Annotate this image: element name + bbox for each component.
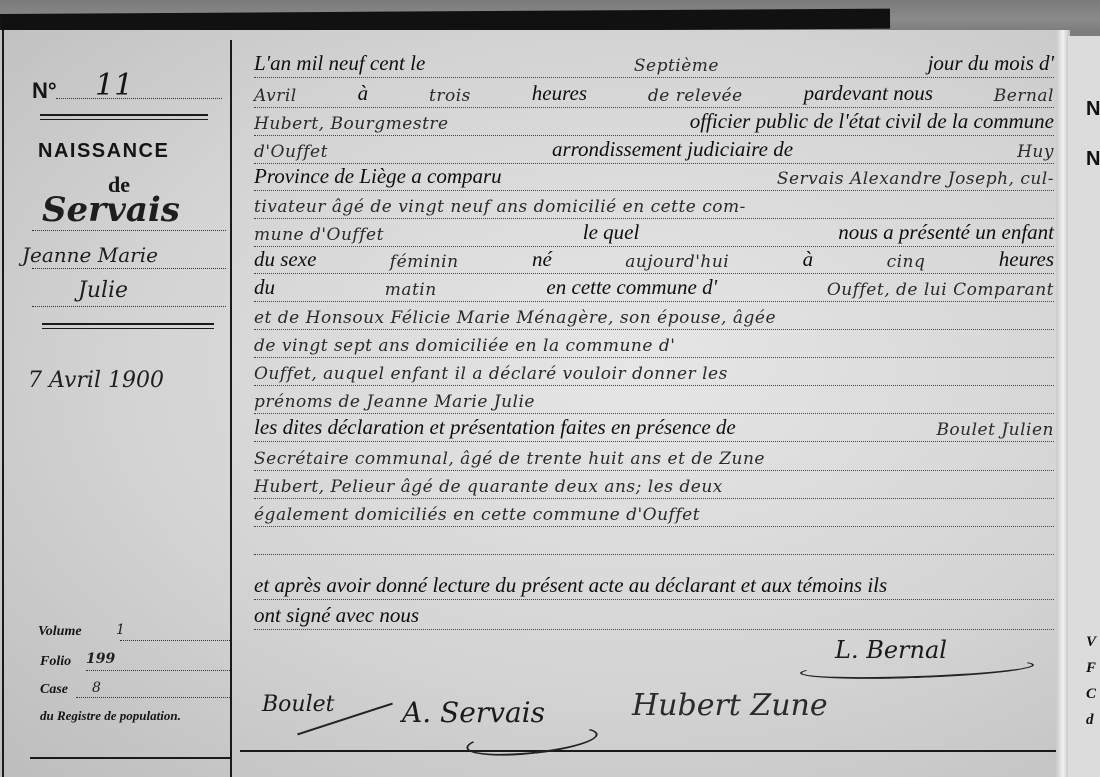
handwritten-text: Avril — [254, 86, 297, 106]
certificate-line: et après avoir donné lecture du présent … — [254, 572, 1054, 602]
handwritten-text: Septième — [634, 56, 719, 76]
printed-text: à — [803, 247, 814, 272]
handwritten-text: féminin — [390, 252, 459, 272]
printed-text: heures — [999, 247, 1054, 272]
margin-double-rule — [40, 114, 208, 120]
line-dotted-rule — [254, 77, 1054, 78]
child-given-names-2: Julie — [78, 278, 128, 303]
surname-dotline — [32, 230, 226, 231]
handwritten-text: Hubert, Bourgmestre — [254, 114, 449, 134]
printed-text: ont signé avec nous — [254, 603, 419, 628]
given-names-dotline-2 — [32, 306, 226, 307]
entry-number-label: N° — [32, 78, 57, 104]
certificate-line: prénoms de Jeanne Marie Julie — [254, 386, 1054, 416]
signature-declarant-servais: A. Servais — [402, 696, 545, 729]
next-page-fragment: F — [1086, 660, 1096, 677]
line-dotted-rule — [254, 441, 1054, 442]
body-bottom-rule — [240, 750, 1056, 752]
printed-text: jour du mois d' — [928, 51, 1054, 76]
signature-witness-hubert-zune: Hubert Zune — [632, 688, 828, 723]
handwritten-text: Huy — [1017, 142, 1054, 162]
certificate-line: de vingt sept ans domiciliée en la commu… — [254, 330, 1054, 360]
next-page-fragment: V — [1086, 634, 1096, 651]
signature-witness-boulet: Boulet — [262, 692, 334, 717]
line-dotted-rule — [254, 599, 1054, 600]
child-surname: Servais — [42, 190, 180, 230]
handwritten-text: Secrétaire communal, âgé de trente huit … — [254, 449, 765, 469]
next-page-fragment: C — [1086, 686, 1096, 703]
printed-text: L'an mil neuf cent le — [254, 51, 425, 76]
handwritten-text: tivateur âgé de vingt neuf ans domicilié… — [254, 197, 746, 217]
printed-text: les dites déclaration et présentation fa… — [254, 415, 736, 440]
handwritten-text: Hubert, Pelieur âgé de quarante deux ans… — [254, 477, 723, 497]
certificate-line: d'Ouffetarrondissement judiciaire deHuy — [254, 136, 1054, 166]
printed-text: Province de Liège a comparu — [254, 164, 502, 189]
entry-number-dotline — [56, 98, 222, 99]
printed-text: du sexe — [254, 247, 316, 272]
birth-date: 7 Avril 1900 — [28, 368, 164, 393]
handwritten-text: Ouffet, de lui Comparant — [827, 280, 1054, 300]
margin-bottom-rule — [30, 757, 230, 759]
certificate-line: Province de Liège a comparuServais Alexa… — [254, 163, 1054, 193]
certificate-line: dumatinen cette commune d'Ouffet, de lui… — [254, 274, 1054, 304]
folio-value: 199 — [86, 651, 115, 667]
handwritten-text: Servais Alexandre Joseph, cul- — [777, 169, 1054, 189]
printed-text: officier public de l'état civil de la co… — [690, 109, 1054, 134]
certificate-line — [254, 527, 1054, 557]
case-dotline — [76, 697, 230, 698]
certificate-line: Ouffet, auquel enfant il a déclaré voulo… — [254, 358, 1054, 388]
line-dotted-rule — [254, 629, 1054, 630]
volume-dotline — [120, 640, 230, 641]
next-page-edge: N N V F C d — [1068, 36, 1100, 777]
naissance-heading: NAISSANCE — [38, 140, 169, 163]
handwritten-text: de vingt sept ans domiciliée en la commu… — [254, 336, 675, 356]
margin-double-rule-2 — [42, 323, 214, 329]
handwritten-text: Ouffet, auquel enfant il a déclaré voulo… — [254, 364, 728, 384]
certificate-line: du sexefémininnéaujourd'huiàcinqheures — [254, 246, 1054, 276]
printed-text: arrondissement judiciaire de — [552, 137, 793, 162]
printed-text: en cette commune d' — [546, 275, 717, 300]
handwritten-text: d'Ouffet — [254, 142, 328, 162]
line-dotted-rule — [254, 554, 1054, 555]
folio-dotline — [86, 670, 230, 671]
certificate-line: ont signé avec nous — [254, 602, 1054, 632]
printed-text: nous a présenté un enfant — [838, 220, 1054, 245]
handwritten-text: cinq — [887, 252, 926, 272]
volume-label: Volume — [38, 624, 82, 640]
certificate-line: mune d'Ouffetle quelnous a présenté un e… — [254, 219, 1054, 249]
handwritten-text: aujourd'hui — [625, 252, 729, 272]
margin-rule — [230, 40, 232, 777]
certificate-line: également domiciliés en cette commune d'… — [254, 499, 1054, 529]
certificate-line: Hubert, Bourgmestreofficier public de l'… — [254, 108, 1054, 138]
handwritten-text: également domiciliés en cette commune d'… — [254, 505, 700, 525]
handwritten-text: mune d'Ouffet — [254, 225, 384, 245]
certificate-line: tivateur âgé de vingt neuf ans domicilié… — [254, 191, 1054, 221]
certificate-line: Avrilàtroisheuresde relevéepardevant nou… — [254, 80, 1054, 110]
document-scan: N N V F C d N° 11 NAISSANCE de Servais J… — [0, 0, 1100, 777]
next-page-fragment: N — [1086, 98, 1100, 121]
next-page-fragment: d — [1086, 712, 1094, 729]
handwritten-text: et de Honsoux Félicie Marie Ménagère, so… — [254, 308, 776, 328]
handwritten-text: prénoms de Jeanne Marie Julie — [254, 392, 535, 412]
certificate-line: et de Honsoux Félicie Marie Ménagère, so… — [254, 302, 1054, 332]
certificate-line: L'an mil neuf cent leSeptièmejour du moi… — [254, 50, 1054, 80]
handwritten-text: Bernal — [994, 86, 1054, 106]
handwritten-text: trois — [429, 86, 471, 106]
next-page-fragment: N — [1086, 148, 1100, 171]
certificate-line: les dites déclaration et présentation fa… — [254, 414, 1054, 444]
child-given-names-1: Jeanne Marie — [22, 243, 158, 267]
handwritten-text: Boulet Julien — [936, 420, 1054, 440]
printed-text: du — [254, 275, 275, 300]
handwritten-text: de relevée — [648, 86, 743, 106]
printed-text: pardevant nous — [804, 81, 933, 106]
handwritten-text: matin — [385, 280, 437, 300]
printed-text: et après avoir donné lecture du présent … — [254, 573, 887, 598]
given-names-dotline-1 — [32, 268, 226, 269]
printed-text: né — [532, 247, 552, 272]
printed-text: heures — [532, 81, 587, 106]
certificate-line: Hubert, Pelieur âgé de quarante deux ans… — [254, 471, 1054, 501]
register-footer: du Registre de population. — [40, 708, 181, 724]
left-border-rule — [2, 30, 4, 777]
certificate-line: Secrétaire communal, âgé de trente huit … — [254, 443, 1054, 473]
case-value: 8 — [92, 680, 101, 696]
printed-text: à — [358, 81, 369, 106]
printed-text: le quel — [583, 220, 640, 245]
folio-label: Folio — [40, 654, 71, 670]
case-label: Case — [40, 682, 68, 698]
volume-value: 1 — [116, 622, 125, 638]
